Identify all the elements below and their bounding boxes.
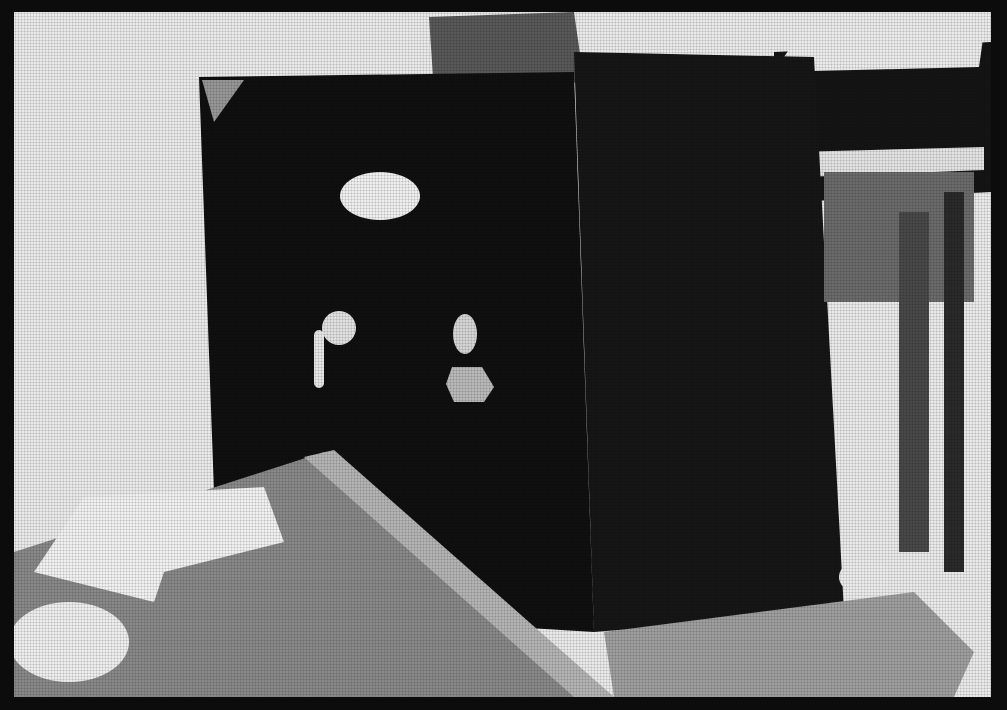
keyhole-escutcheon: [453, 314, 477, 354]
photograph: [0, 0, 1007, 710]
door-handle-boss: [322, 311, 356, 345]
photo-content: [14, 12, 991, 697]
door-handle: [314, 330, 324, 388]
scene-drawing: [14, 12, 991, 697]
chair-leg: [899, 212, 929, 552]
safe-body: [574, 52, 844, 632]
small-white-object: [839, 559, 889, 595]
white-object-bottom-left: [14, 602, 129, 682]
chair-back-post: [944, 192, 964, 572]
nameplate: [340, 172, 420, 220]
